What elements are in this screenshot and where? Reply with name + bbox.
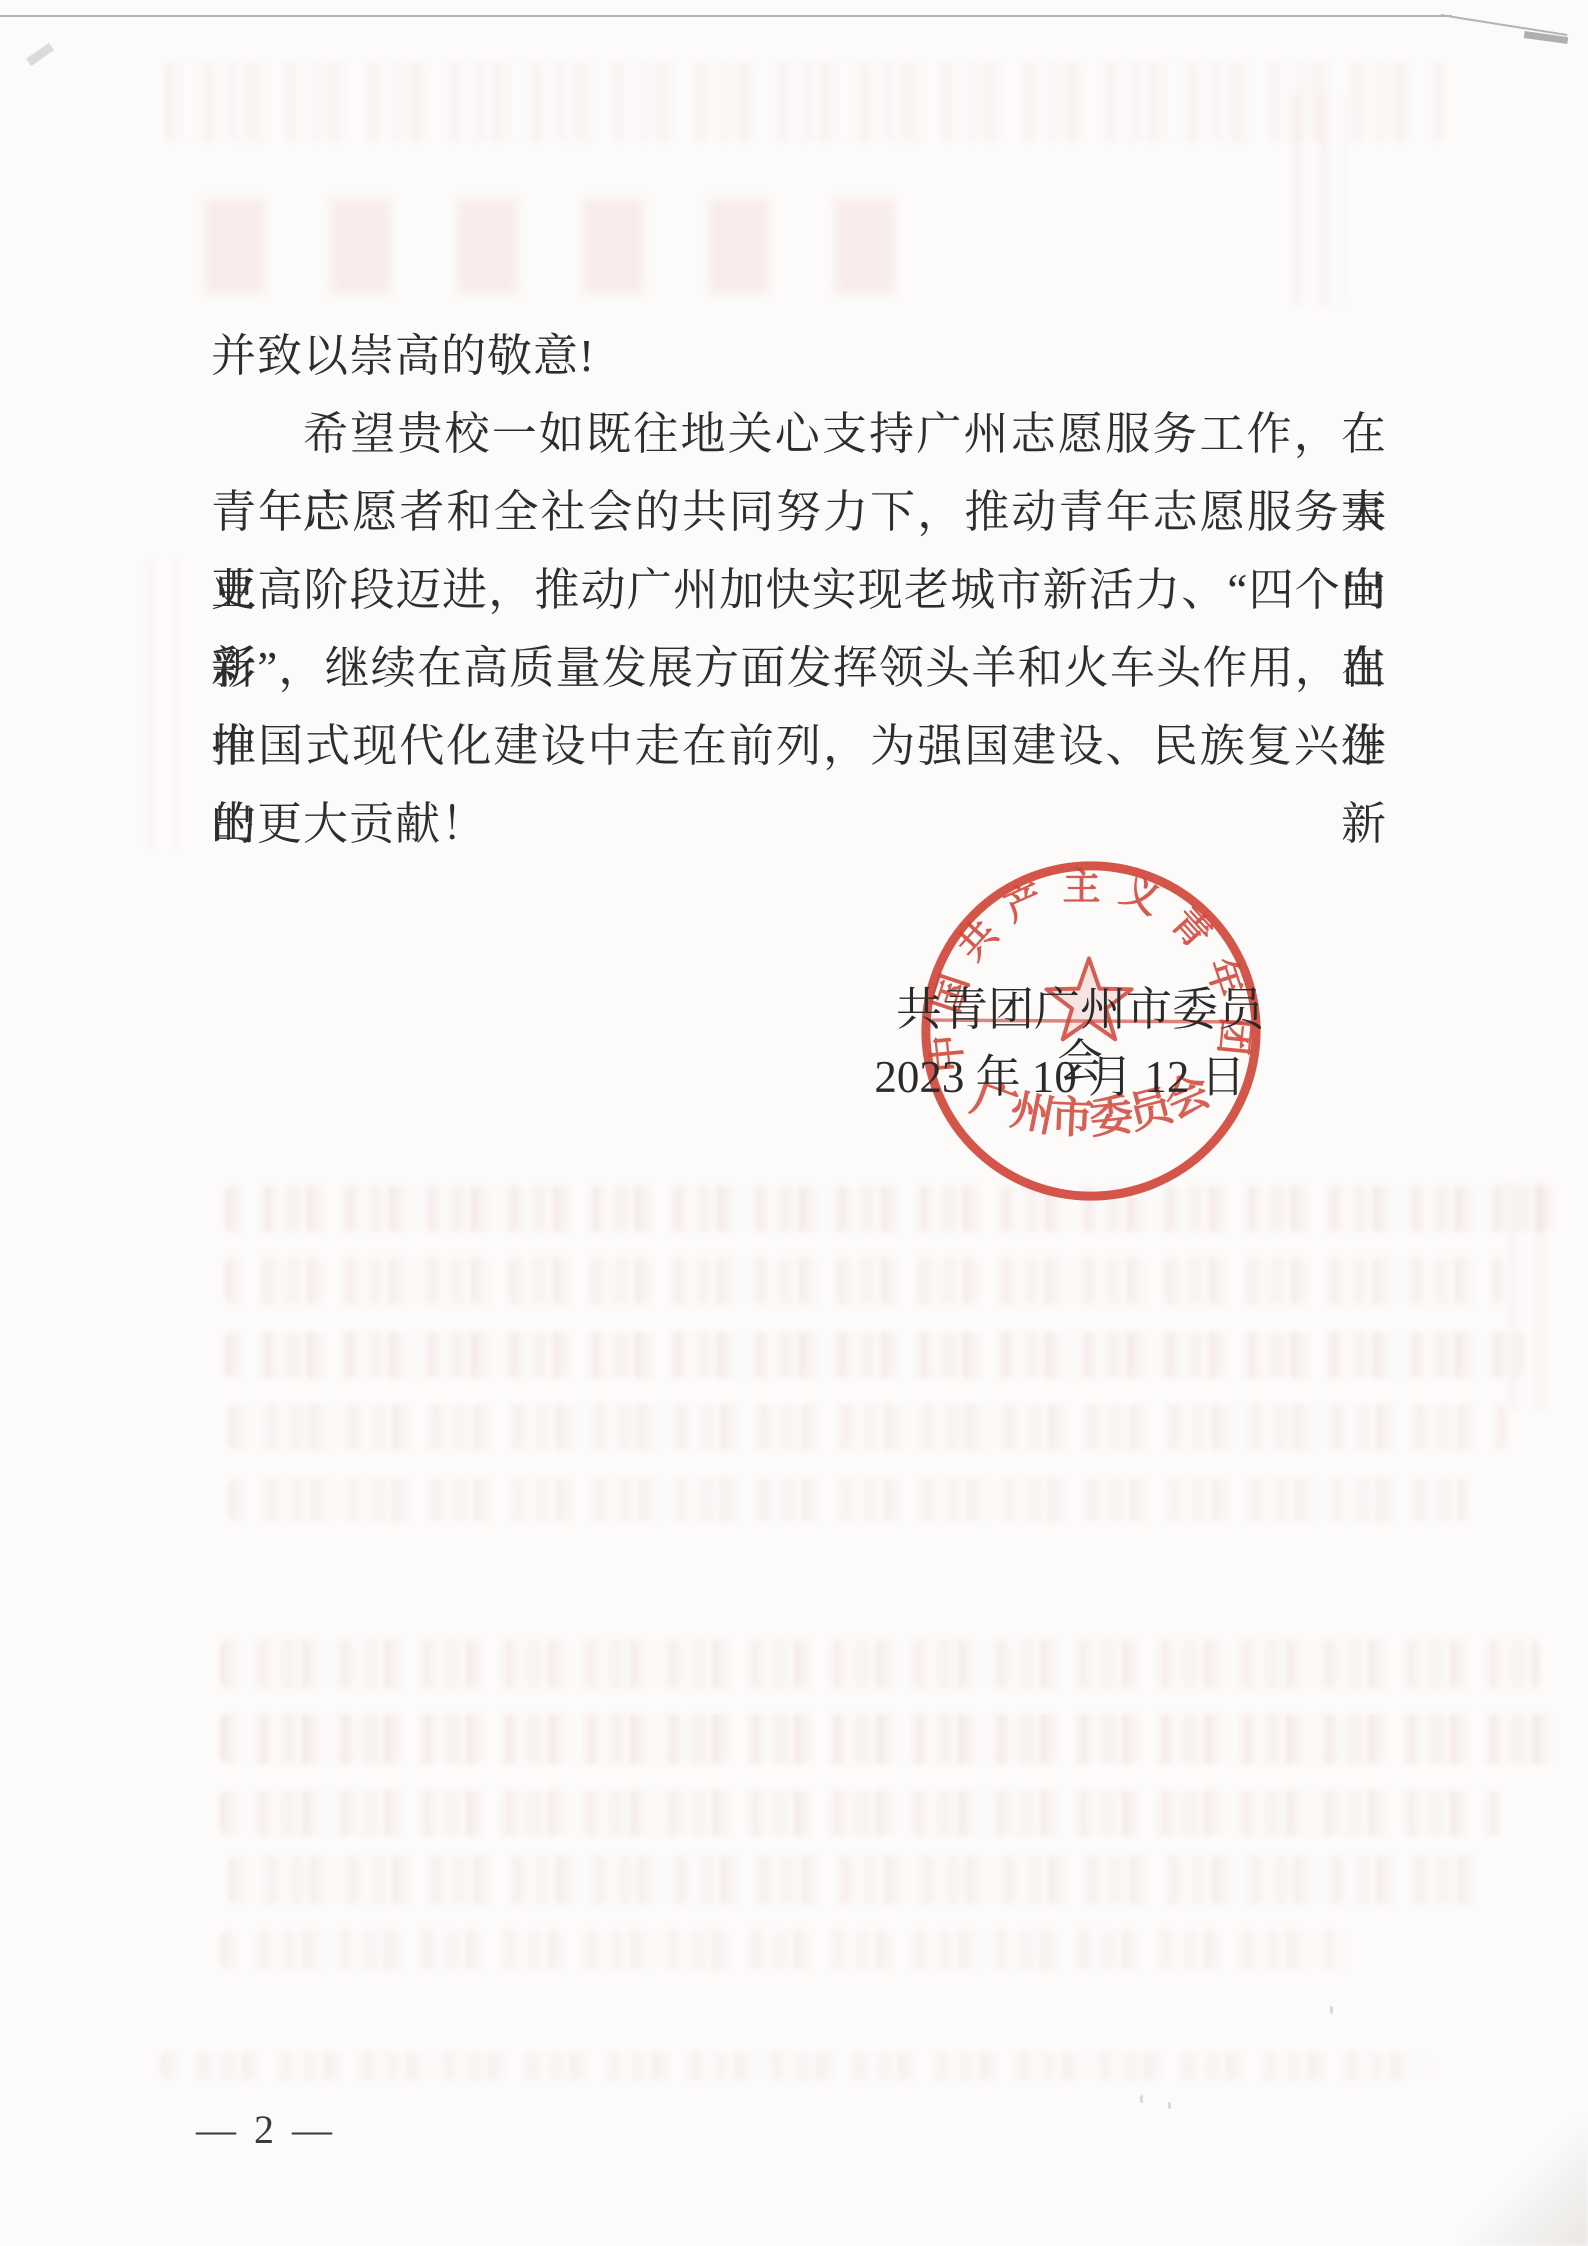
- letter-line: 中国式现代化建设中走在前列，为强国建设、民族复兴作出新: [211, 707, 1387, 785]
- bleed-through-artifact: [220, 1790, 1500, 1836]
- scan-corner-shadow: [1458, 2116, 1588, 2246]
- letter-line: 青年志愿者和全社会的共同努力下，推动青年志愿服务事业向: [211, 473, 1387, 551]
- scan-speck: [1168, 2102, 1171, 2109]
- scan-edge-line: [1441, 14, 1568, 36]
- signature-date: 2023 年 10 月 12 日: [858, 1050, 1262, 1104]
- bleed-through-artifact: [225, 1258, 1505, 1304]
- scan-speck: [1140, 2095, 1143, 2103]
- letter-line: 更高阶段迈进，推动广州加快实现老城市新活力、“四个出新出: [211, 551, 1387, 629]
- scan-edge-line: [0, 15, 1452, 17]
- bleed-through-artifact: [160, 2052, 1430, 2080]
- page-number: — 2 —: [196, 2106, 336, 2153]
- bleed-through-artifact: [165, 62, 1445, 142]
- bleed-through-artifact: [220, 1640, 1540, 1688]
- letter-body: 并致以崇高的敬意! 希望贵校一如既往地关心支持广州志愿服务工作，在广大 青年志愿…: [211, 317, 1387, 863]
- bleed-through-artifact: [228, 1856, 1478, 1904]
- bleed-through-artifact: [1508, 1180, 1548, 1410]
- bleed-through-artifact: [228, 1404, 1508, 1450]
- scanned-letter-page: 并致以崇高的敬意! 希望贵校一如既往地关心支持广州志愿服务工作，在广大 青年志愿…: [0, 0, 1588, 2246]
- bleed-through-artifact: [1292, 96, 1346, 306]
- bleed-through-artifact: [205, 198, 950, 294]
- letter-line: 并致以崇高的敬意!: [211, 317, 1387, 395]
- bleed-through-artifact: [220, 1930, 1350, 1970]
- letter-line: 希望贵校一如既往地关心支持广州志愿服务工作，在广大: [211, 395, 1387, 473]
- scan-corner-mark: [26, 43, 54, 66]
- bleed-through-artifact: [228, 1478, 1468, 1522]
- bleed-through-artifact: [220, 1714, 1560, 1764]
- bleed-through-artifact: [225, 1332, 1525, 1378]
- bleed-through-artifact: [146, 560, 180, 850]
- letter-line: 彩”，继续在高质量发展方面发挥领头羊和火车头作用，在推进: [211, 629, 1387, 707]
- bleed-through-artifact: [225, 1186, 1555, 1232]
- scan-speck: [1330, 2006, 1333, 2014]
